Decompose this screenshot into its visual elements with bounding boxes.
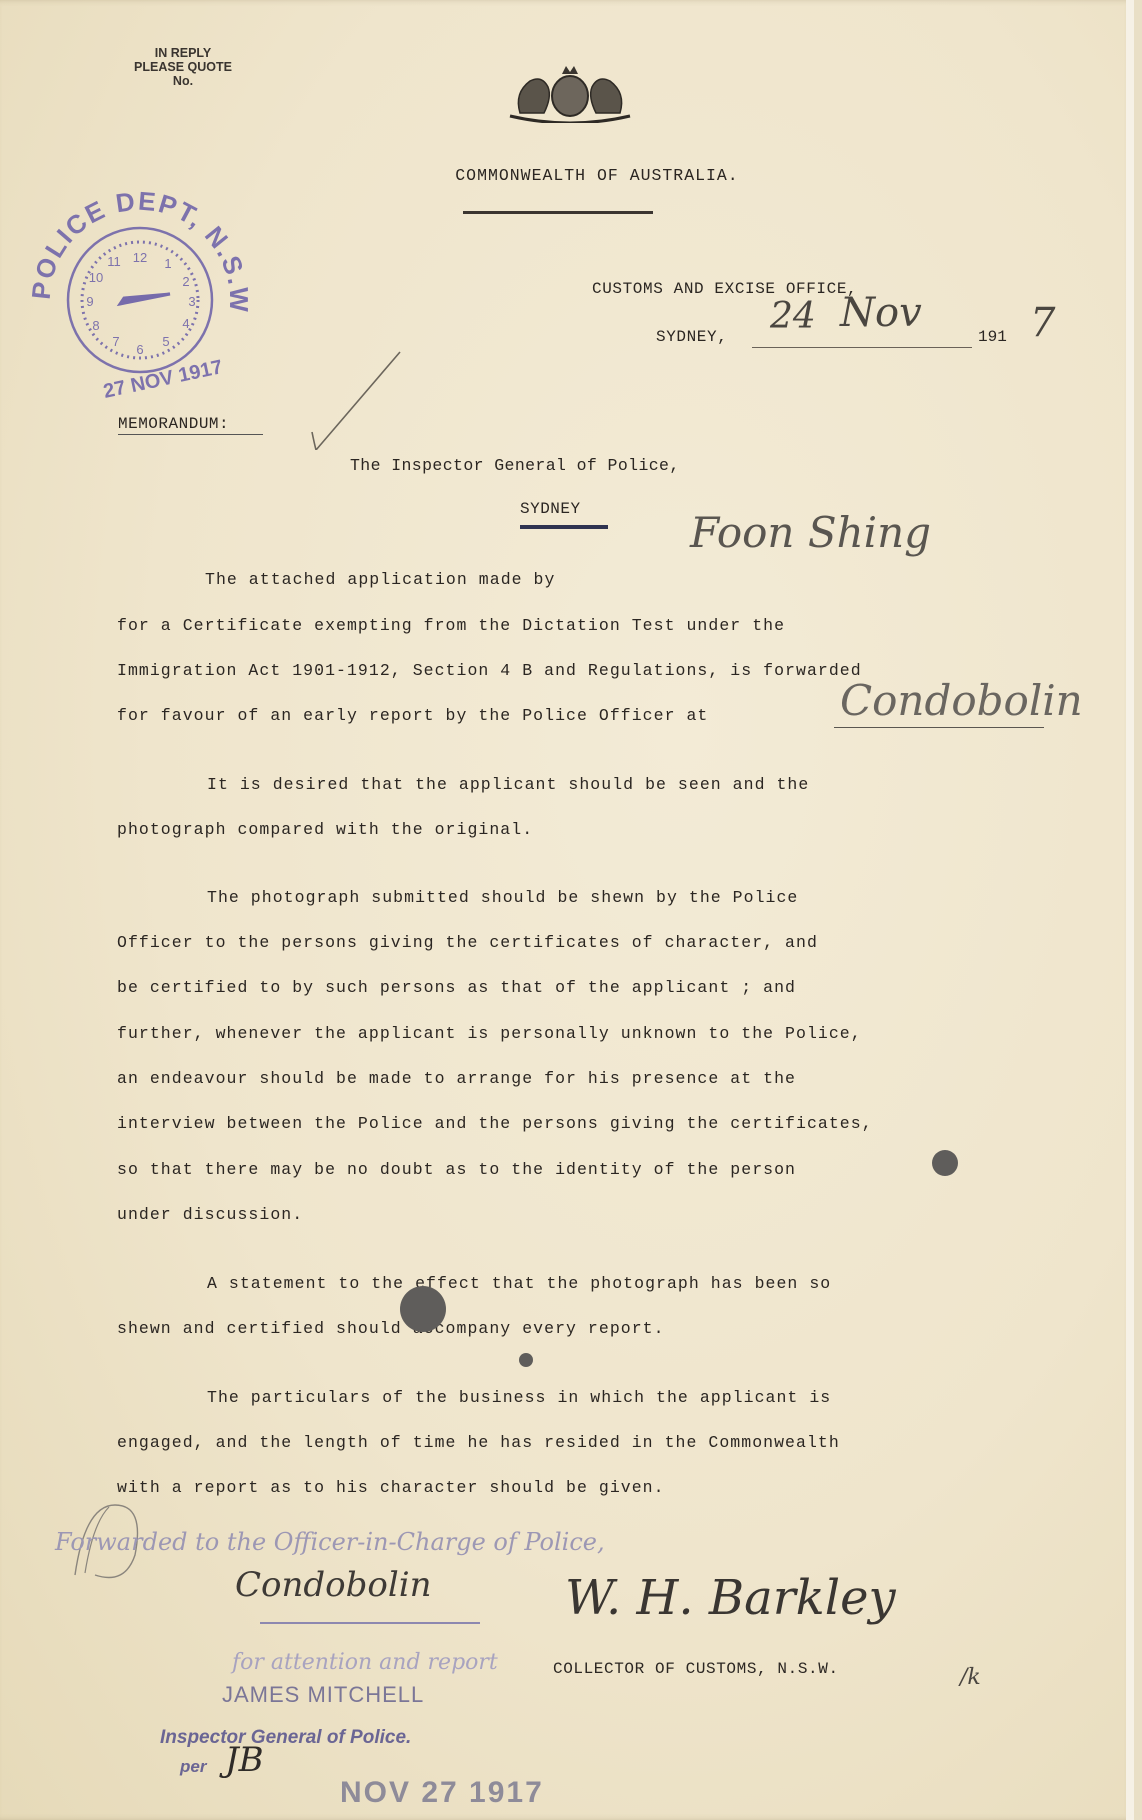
- pencil-tick-mark-icon: [300, 340, 420, 450]
- svg-text:10: 10: [89, 270, 103, 285]
- body-line: with a report as to his character should…: [117, 1478, 665, 1497]
- body-line: an endeavour should be made to arrange f…: [117, 1069, 796, 1088]
- body-line: Immigration Act 1901-1912, Section 4 B a…: [117, 661, 862, 680]
- punch-hole: [519, 1353, 533, 1367]
- punch-hole: [400, 1286, 446, 1332]
- inspector-name-stamp: JAMES MITCHELL: [222, 1682, 424, 1708]
- body-line: further, whenever the applicant is perso…: [117, 1024, 862, 1043]
- body-line: interview between the Police and the per…: [117, 1114, 873, 1133]
- police-received-stamp-icon: POLICE DEPT, N.S.W. 1212 345 678 91011 2…: [20, 180, 260, 410]
- svg-text:6: 6: [136, 342, 143, 357]
- reply-line-3: No.: [108, 74, 258, 88]
- body-line: The attached application made by: [205, 570, 555, 589]
- svg-text:8: 8: [92, 318, 99, 333]
- forwarding-stamp-text: Forwarded to the Officer-in-Charge of Po…: [55, 1528, 605, 1556]
- handwritten-date-day: 24: [770, 296, 816, 337]
- addressee-city: SYDNEY: [520, 500, 581, 518]
- forwarding-place-underline: [260, 1622, 480, 1624]
- svg-text:4: 4: [182, 316, 189, 331]
- document-page: IN REPLY PLEASE QUOTE No. COMMONWEALTH O…: [0, 0, 1134, 1820]
- collector-title: COLLECTOR OF CUSTOMS, N.S.W.: [553, 1660, 839, 1678]
- handwritten-date-month: Nov: [840, 290, 922, 336]
- body-line: so that there may be no doubt as to the …: [117, 1160, 796, 1179]
- body-line: engaged, and the length of time he has r…: [117, 1433, 840, 1452]
- memorandum-underline: [118, 434, 263, 435]
- received-date-stamp: NOV 27 1917: [340, 1776, 544, 1810]
- svg-text:12: 12: [133, 250, 147, 265]
- per-label: per: [180, 1757, 206, 1777]
- office-city: SYDNEY,: [656, 328, 727, 346]
- reply-line-2: PLEASE QUOTE: [108, 60, 258, 74]
- punch-hole: [932, 1150, 958, 1176]
- office-name: CUSTOMS AND EXCISE OFFICE,: [592, 280, 857, 298]
- body-line: for a Certificate exempting from the Dic…: [117, 616, 785, 635]
- memorandum-label: MEMORANDUM:: [118, 415, 229, 433]
- stamp-top-text: POLICE DEPT, N.S.W.: [20, 180, 254, 312]
- reply-reference-block: IN REPLY PLEASE QUOTE No.: [108, 46, 258, 88]
- svg-text:9: 9: [86, 294, 93, 309]
- page-edge: [1126, 0, 1134, 1820]
- year-prefix: 191: [978, 328, 1007, 346]
- forwarding-instruction: for attention and report: [232, 1650, 498, 1675]
- body-line: be certified to by such persons as that …: [117, 978, 796, 997]
- body-line: shewn and certified should accompany eve…: [117, 1319, 665, 1338]
- handwritten-applicant-name: Foon Shing: [690, 508, 931, 557]
- inspector-title-stamp: Inspector General of Police.: [160, 1727, 411, 1749]
- body-line: The particulars of the business in which…: [207, 1388, 831, 1407]
- body-line: The photograph submitted should be shewn…: [207, 888, 798, 907]
- body-line: A statement to the effect that the photo…: [207, 1274, 831, 1293]
- svg-text:POLICE DEPT, N.S.W.: POLICE DEPT, N.S.W.: [20, 180, 254, 312]
- addressee-line: The Inspector General of Police,: [350, 456, 680, 475]
- svg-text:2: 2: [182, 274, 189, 289]
- reply-line-1: IN REPLY: [108, 46, 258, 60]
- svg-text:5: 5: [162, 334, 169, 349]
- body-line: photograph compared with the original.: [117, 820, 533, 839]
- body-line: Officer to the persons giving the certif…: [117, 933, 818, 952]
- collector-signature: W. H. Barkley: [565, 1570, 896, 1626]
- svg-text:3: 3: [188, 294, 195, 309]
- royal-coat-of-arms-icon: [500, 58, 640, 123]
- handwritten-police-station: Condobolin: [840, 676, 1083, 725]
- body-line: under discussion.: [117, 1205, 303, 1224]
- heading-rule: [463, 211, 653, 214]
- svg-text:1: 1: [164, 256, 171, 271]
- date-blank-line: [752, 347, 972, 348]
- svg-text:7: 7: [112, 334, 119, 349]
- handwritten-initials: JB: [225, 1740, 264, 1780]
- place-blank-line: [834, 727, 1044, 728]
- addressee-city-underline: [520, 525, 608, 529]
- body-line: for favour of an early report by the Pol…: [117, 706, 708, 725]
- handwritten-forwarding-place: Condobolin: [235, 1565, 432, 1605]
- body-line: It is desired that the applicant should …: [207, 775, 809, 794]
- svg-text:11: 11: [107, 254, 121, 269]
- stamp-date: 27 NOV 1917: [101, 356, 224, 403]
- handwritten-year-digit: 7: [1030, 300, 1055, 346]
- collector-initials: /k: [960, 1665, 981, 1690]
